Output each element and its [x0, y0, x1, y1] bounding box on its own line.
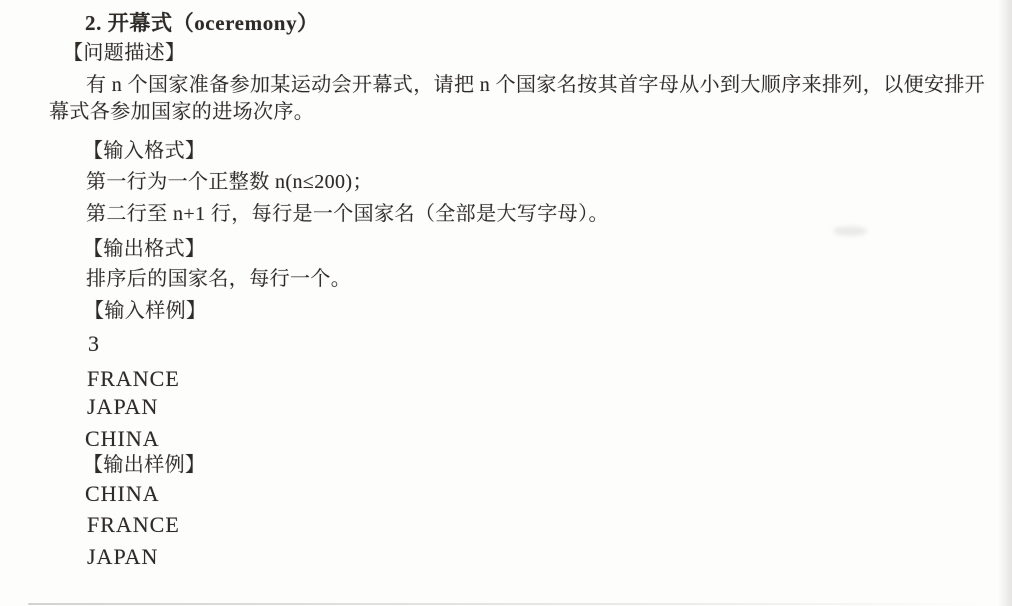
sample-output-line-3: JAPAN	[87, 546, 158, 568]
input-format-line-2: 第二行至 n+1 行，每行是一个国家名（全部是大写字母）。	[86, 204, 609, 224]
sample-input-line-2: FRANCE	[87, 368, 180, 390]
sample-output-line-1: CHINA	[85, 483, 160, 505]
scan-edge-shadow-bottom	[28, 603, 983, 605]
problem-heading: 2. 开幕式（oceremony）	[85, 13, 319, 34]
output-format-line-1: 排序后的国家名，每行一个。	[86, 269, 351, 289]
sample-input-line-4: CHINA	[85, 428, 160, 450]
document-page: 2. 开幕式（oceremony） 【问题描述】 有 n 个国家准备参加某运动会…	[0, 0, 1012, 606]
sample-input-line-3: JAPAN	[87, 396, 158, 418]
section-header-input-format: 【输入格式】	[83, 141, 205, 161]
sample-output-line-2: FRANCE	[87, 514, 180, 536]
section-header-sample-output: 【输出样例】	[83, 455, 205, 475]
description-line-2: 幕式各参加国家的进场次序。	[49, 102, 314, 122]
section-header-output-format: 【输出格式】	[83, 239, 205, 259]
scan-edge-shadow-right	[998, 0, 1012, 606]
sample-input-line-1: 3	[88, 333, 100, 355]
section-header-sample-input: 【输入样例】	[84, 301, 206, 321]
scan-smudge-artifact	[833, 226, 867, 236]
section-header-description: 【问题描述】	[63, 43, 185, 63]
description-line-1: 有 n 个国家准备参加某运动会开幕式，请把 n 个国家名按其首字母从小到大顺序来…	[86, 75, 985, 95]
input-format-line-1: 第一行为一个正整数 n(n≤200)；	[86, 172, 373, 192]
